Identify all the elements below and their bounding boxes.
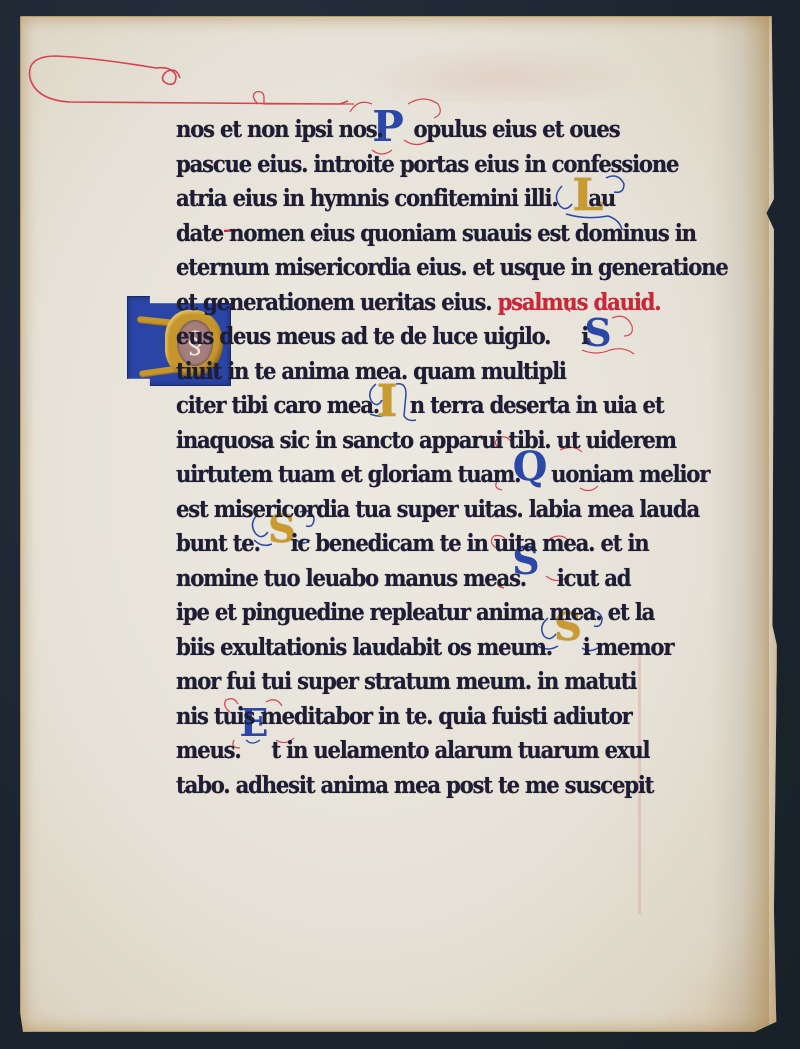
text-line-15: ipe et pinguedine repleatur anima mea. e… [176,596,618,631]
text-line-12: est misericordia tua super uitas. labia … [176,493,618,528]
rubric-psalmus-david: psalmus dauid. [498,289,661,316]
text-line-4: date nomen eius quoniam suauis est domin… [176,217,618,252]
text-line-5: eternum misericordia eius. et usque in g… [176,251,618,286]
text-line-8: tiuit in te anima mea. quam multipli [176,355,618,390]
text-line-16: biis exultationis laudabit os meum. i me… [176,631,618,666]
text-line-7: eus deus meus ad te de luce uigilo. i [176,320,618,355]
text-line-14: nomine tuo leuabo manus meas. icut ad [176,562,618,597]
text-line-13: bunt te. ic benedicam te in uita mea. et… [176,527,618,562]
text-line-20: tabo. adhesit anima mea post te me susce… [176,769,618,804]
text-line-6-body: et generationem ueritas eius. [176,289,491,316]
text-line-6: et generationem ueritas eius. psalmus da… [176,286,618,321]
text-line-11: uirtutem tuam et gloriam tuam. uoniam me… [176,458,618,493]
manuscript-text-block: nos et non ipsi nos. opulus eius et oues… [176,113,656,803]
text-line-9: citer tibi caro mea. n terra deserta in … [176,389,618,424]
text-line-2: pascue eius. introite portas eius in con… [176,148,618,183]
text-line-3: atria eius in hymnis confitemini illi. a… [176,182,618,217]
text-line-10: inaquosa sic in sancto apparui tibi. ut … [176,424,618,459]
text-line-19: meus. t in uelamento alarum tuarum exul [176,734,618,769]
text-line-18: nis tuis meditabor in te. quia fuisti ad… [176,700,618,735]
text-line-17: mor fui tui super stratum meum. in matut… [176,665,618,700]
text-line-1: nos et non ipsi nos. opulus eius et oues [176,113,618,148]
top-flourish [30,56,348,104]
